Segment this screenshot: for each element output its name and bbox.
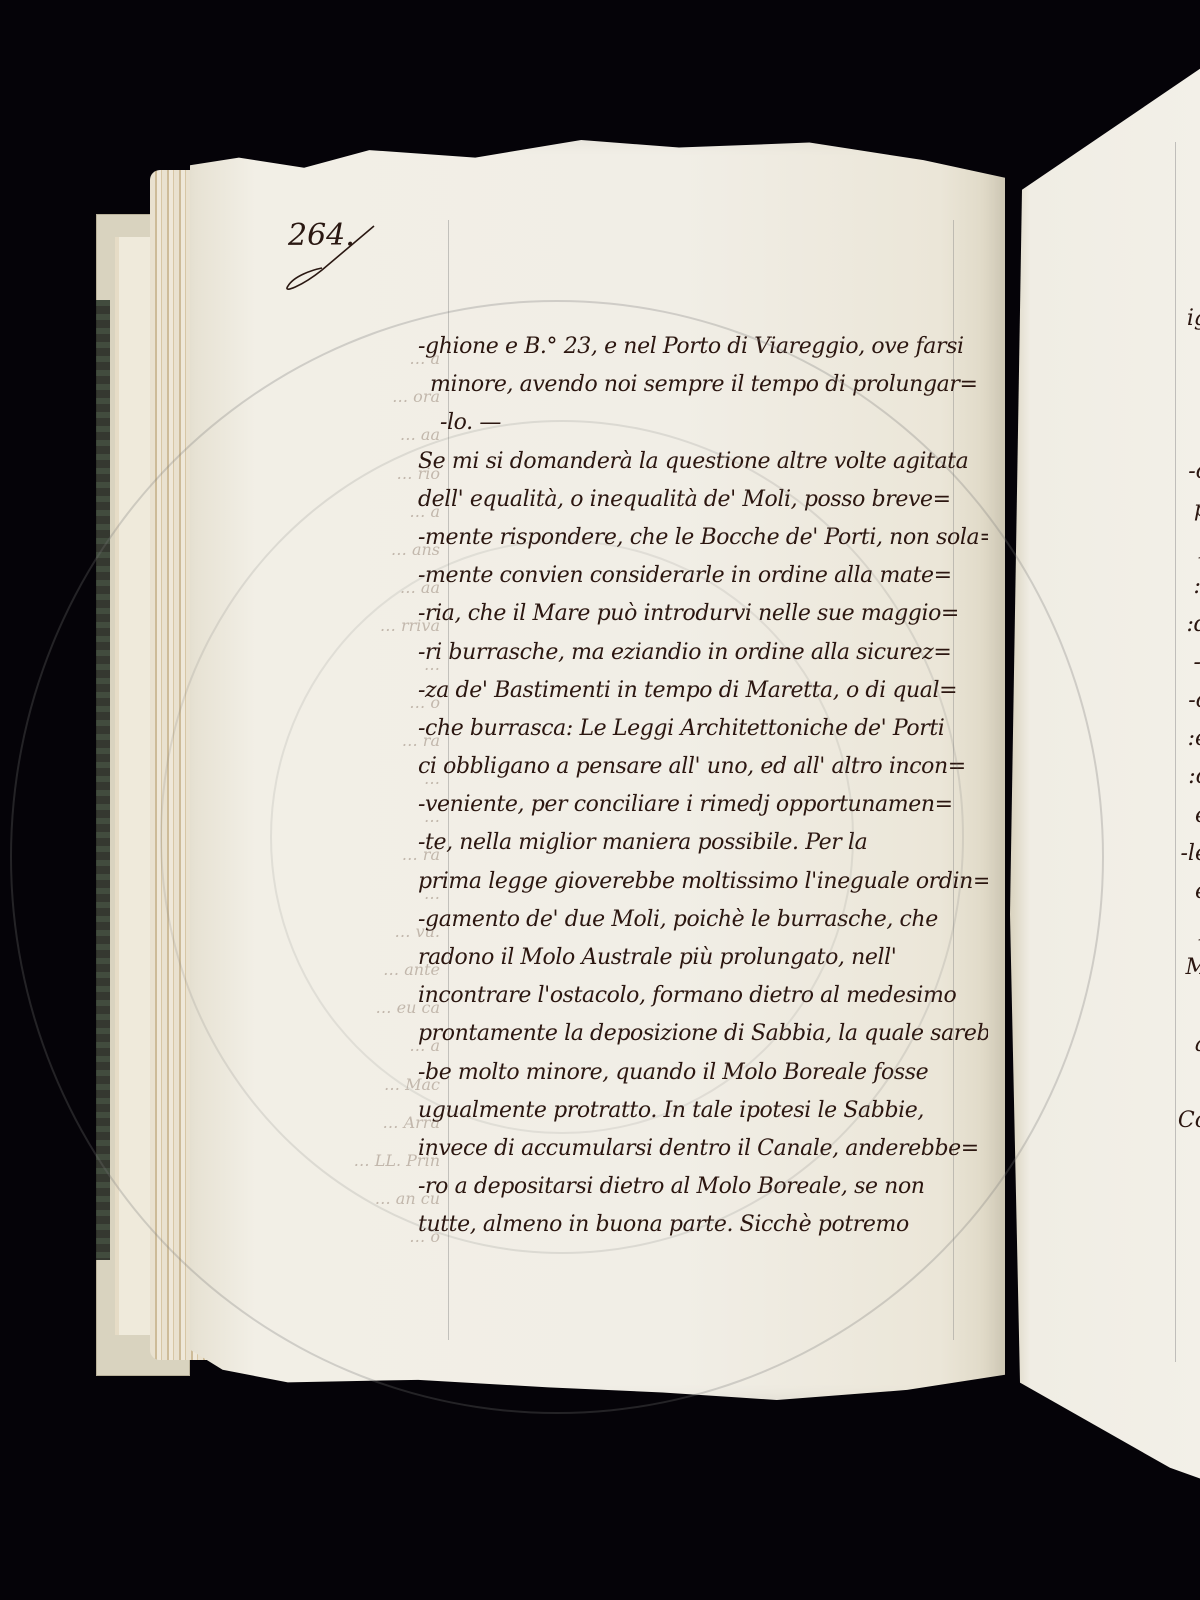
text-line: minore, avendo noi sempre il tempo di pr… xyxy=(418,366,988,404)
text-line: tutte, almeno in buona parte. Sicchè pot… xyxy=(418,1206,988,1244)
text-line: Se mi si domanderà la questione altre vo… xyxy=(418,443,988,481)
text-line: -te, nella miglior maniera possibile. Pe… xyxy=(418,824,988,862)
text-line: -gamento de' due Moli, poichè le burrasc… xyxy=(418,901,988,939)
right-facing-page: - ig - : -c p f :l :d -l -c :e :c e -le … xyxy=(1010,62,1200,1482)
text-line: dell' equalità, o inequalità de' Moli, p… xyxy=(418,481,988,519)
text-line: -mente convien considerarle in ordine al… xyxy=(418,557,988,595)
manuscript-scan: 264. … a … ora … aa … rio … a … ans … aa… xyxy=(0,0,1200,1600)
right-page-text-fragments: - ig - : -c p f :l :d -l -c :e :c e -le … xyxy=(1110,262,1200,1140)
text-line: -mente rispondere, che le Bocche de' Por… xyxy=(418,519,988,557)
text-line: -ri burrasche, ma eziandio in ordine all… xyxy=(418,634,988,672)
folio-flourish-icon xyxy=(282,220,392,300)
text-line: -lo. — xyxy=(418,404,988,442)
left-page: 264. … a … ora … aa … rio … a … ans … aa… xyxy=(190,140,1005,1400)
text-line: -ghione e B.° 23, e nel Porto di Viaregg… xyxy=(418,328,988,366)
text-line: -be molto minore, quando il Molo Boreale… xyxy=(418,1054,988,1092)
text-line: prontamente la deposizione di Sabbia, la… xyxy=(418,1015,988,1053)
text-line: -che burrasca: Le Leggi Architettoniche … xyxy=(418,710,988,748)
text-line: invece di accumularsi dentro il Canale, … xyxy=(418,1130,988,1168)
text-line: -za de' Bastimenti in tempo di Maretta, … xyxy=(418,672,988,710)
text-line: incontrare l'ostacolo, formano dietro al… xyxy=(418,977,988,1015)
manuscript-text-block: -ghione e B.° 23, e nel Porto di Viaregg… xyxy=(418,328,988,1245)
text-line: radono il Molo Australe più prolungato, … xyxy=(418,939,988,977)
text-line: -ro a depositarsi dietro al Molo Boreale… xyxy=(418,1168,988,1206)
text-line: prima legge gioverebbe moltissimo l'ineg… xyxy=(418,863,988,901)
text-line: ugualmente protratto. In tale ipotesi le… xyxy=(418,1092,988,1130)
text-line: ci obbligano a pensare all' uno, ed all'… xyxy=(418,748,988,786)
text-line: -veniente, per conciliare i rimedj oppor… xyxy=(418,786,988,824)
text-line: -ria, che il Mare può introdurvi nelle s… xyxy=(418,595,988,633)
marbled-cover-edge xyxy=(96,300,110,1260)
